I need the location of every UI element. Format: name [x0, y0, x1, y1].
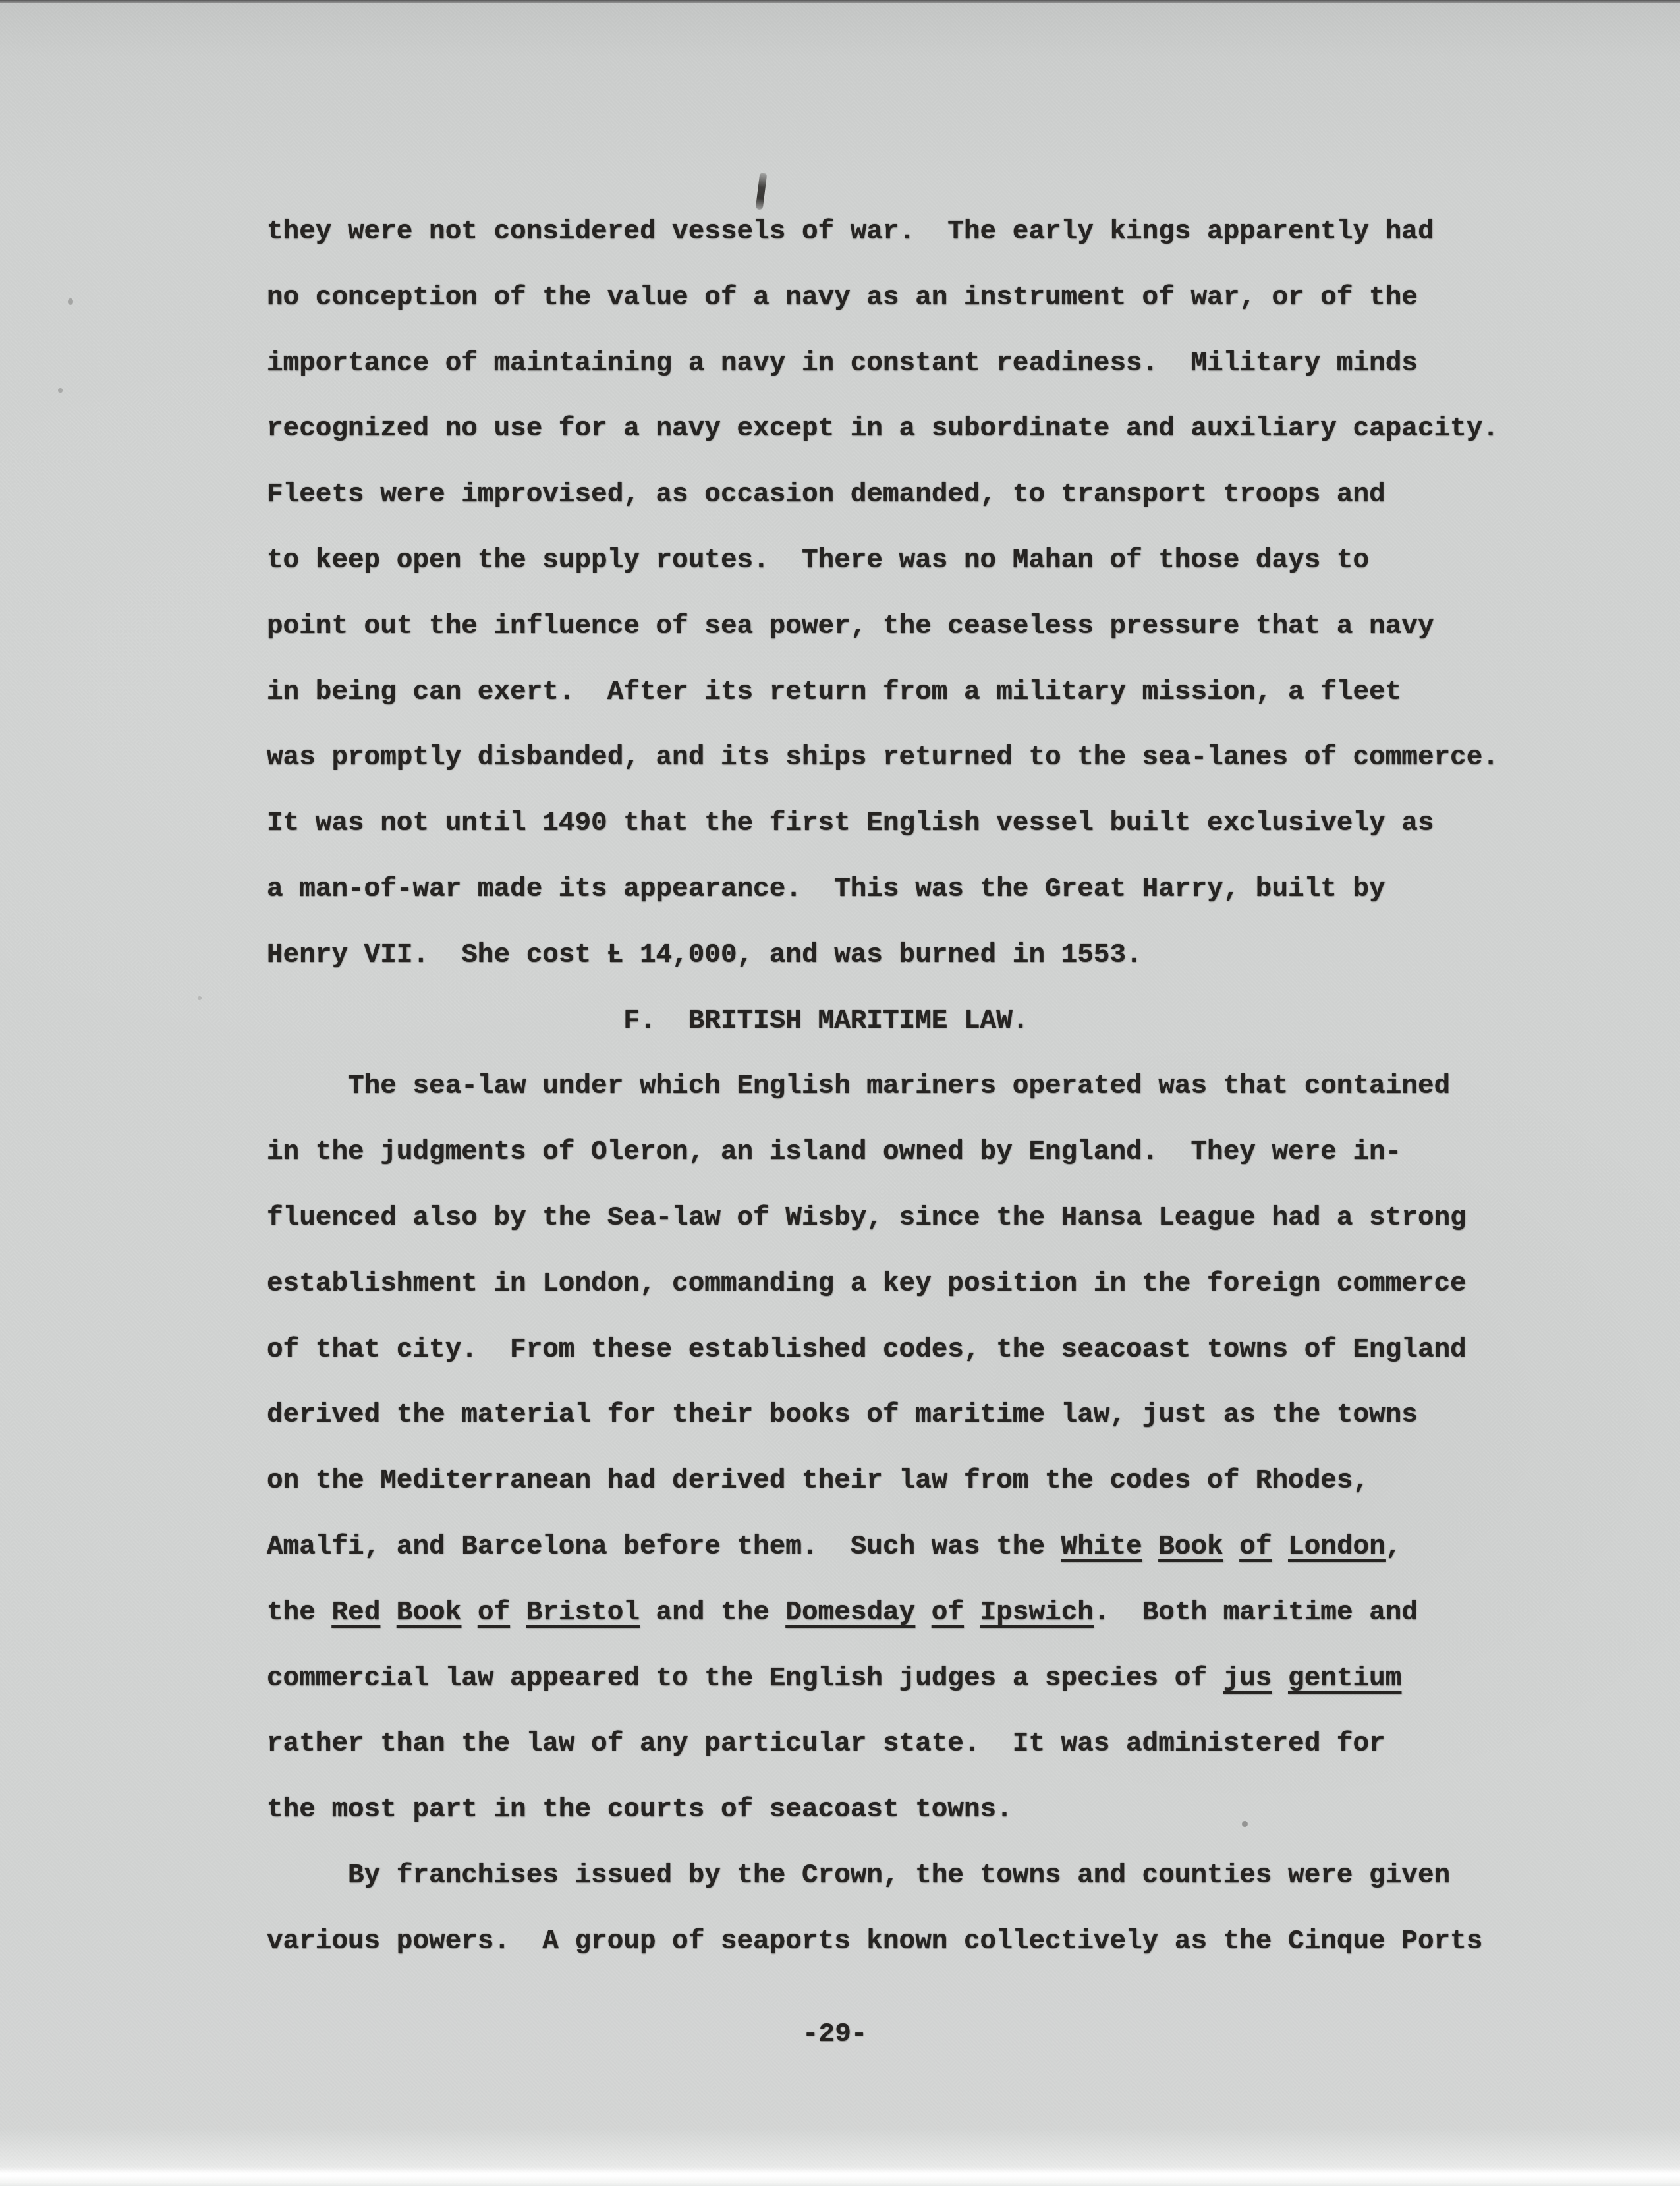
page-number: -29-	[802, 2021, 867, 2048]
text-line: By franchises issued by the Crown, the t…	[267, 1843, 1617, 1909]
text-line: Amalfi, and Barcelona before them. Such …	[267, 1515, 1617, 1581]
scanned-document-page: { "document": { "paper_color": "#d1d3d2"…	[0, 0, 1680, 2186]
text-line: The sea-law under which English mariners…	[267, 1054, 1617, 1120]
text-line: they were not considered vessels of war.…	[267, 200, 1617, 266]
text-line: the Red Book of Bristol and the Domesday…	[267, 1581, 1617, 1646]
text-line: Henry VII. She cost Ƚ 14,000, and was bu…	[267, 923, 1617, 989]
text-line: Fleets were improvised, as occasion dema…	[267, 462, 1617, 528]
text-line: no conception of the value of a navy as …	[267, 266, 1617, 331]
text-line: was promptly disbanded, and its ships re…	[267, 725, 1617, 791]
text-line: importance of maintaining a navy in cons…	[267, 331, 1617, 397]
text-line: various powers. A group of seaports know…	[267, 1909, 1617, 1975]
text-line: establishment in London, commanding a ke…	[267, 1252, 1617, 1318]
text-line: recognized no use for a navy except in a…	[267, 397, 1617, 462]
text-line: of that city. From these established cod…	[267, 1318, 1617, 1384]
scan-bottom-edge	[0, 2169, 1680, 2186]
paper-speck	[68, 298, 73, 305]
text-line: in being can exert. After its return fro…	[267, 660, 1617, 726]
text-line: It was not until 1490 that the first Eng…	[267, 791, 1617, 857]
text-line: F. BRITISH MARITIME LAW.	[267, 989, 1617, 1055]
text-line: on the Mediterranean had derived their l…	[267, 1449, 1617, 1515]
text-line: in the judgments of Oleron, an island ow…	[267, 1120, 1617, 1186]
text-line: point out the influence of sea power, th…	[267, 594, 1617, 660]
text-line: derived the material for their books of …	[267, 1383, 1617, 1449]
paper-speck	[58, 388, 63, 393]
text-line: commercial law appeared to the English j…	[267, 1646, 1617, 1712]
text-line: to keep open the supply routes. There wa…	[267, 528, 1617, 594]
typewritten-text-block: they were not considered vessels of war.…	[267, 200, 1617, 1975]
text-line: a man-of-war made its appearance. This w…	[267, 857, 1617, 923]
text-line: the most part in the courts of seacoast …	[267, 1778, 1617, 1843]
paper-speck	[198, 996, 202, 1000]
text-line: fluenced also by the Sea-law of Wisby, s…	[267, 1186, 1617, 1252]
scan-top-edge	[0, 0, 1680, 3]
text-line: rather than the law of any particular st…	[267, 1712, 1617, 1778]
